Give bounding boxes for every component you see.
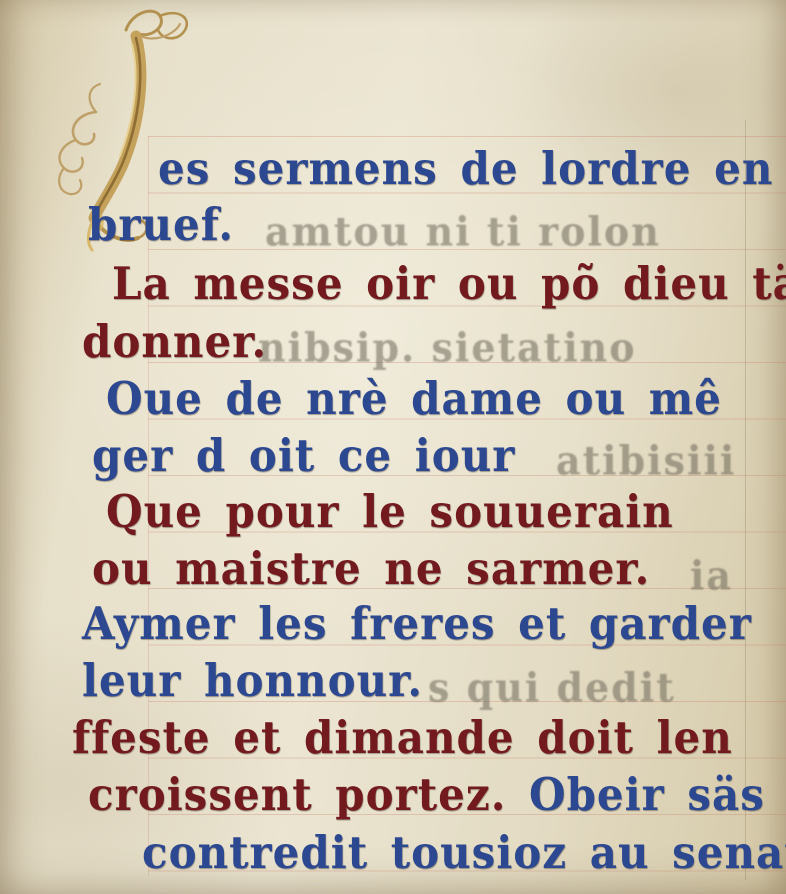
line-segment: La messe oir ou põ dieu tät — [112, 258, 786, 310]
manuscript-line: bruef. — [88, 203, 234, 248]
line-segment: contredit tousioz au senat. — [142, 827, 786, 879]
manuscript-line: es sermens de lordre en — [158, 147, 773, 192]
manuscript-line: donner. — [82, 320, 267, 365]
line-segment: ffeste et dimande doit len — [72, 712, 733, 764]
line-segment: Obeir säs — [506, 769, 765, 821]
line-segment: croissent portez. — [88, 769, 506, 821]
line-segment: bruef. — [88, 199, 234, 251]
manuscript-line: ffeste et dimande doit len — [72, 716, 733, 761]
line-segment: es sermens de lordre en — [158, 143, 773, 195]
manuscript-line: Oue de nrè dame ou mê — [106, 377, 722, 422]
line-segment: Que pour le souuerain — [106, 486, 674, 538]
line-segment: leur honnour. — [82, 655, 423, 707]
manuscript-page: L amt — [0, 0, 786, 894]
line-segment: donner. — [82, 316, 267, 368]
manuscript-line: Que pour le souuerain — [106, 490, 674, 535]
line-segment: ger d oit ce iour — [92, 430, 515, 482]
manuscript-line: ou maistre ne sarmer. — [92, 547, 650, 592]
manuscript-line: croissent portez. Obeir säs — [88, 773, 765, 818]
manuscript-line: ger d oit ce iour — [92, 434, 515, 479]
ghost-text: s qui dedit — [428, 668, 676, 708]
manuscript-line: leur honnour. — [82, 659, 423, 704]
ghost-text: atibisiii — [556, 441, 736, 481]
ghost-text: nibsip. sietatino — [258, 328, 637, 368]
ghost-text: ia — [690, 556, 733, 596]
ruling-line-vertical — [745, 120, 746, 880]
manuscript-line: La messe oir ou põ dieu tät — [112, 262, 786, 307]
manuscript-line: contredit tousioz au senat. — [142, 831, 786, 876]
ghost-text: amtou ni ti rolon — [265, 212, 661, 252]
manuscript-line: Aymer les freres et garder — [82, 602, 752, 647]
line-segment: Oue de nrè dame ou mê — [106, 373, 722, 425]
line-segment: ou maistre ne sarmer. — [92, 543, 650, 595]
line-segment: Aymer les freres et garder — [82, 598, 752, 650]
